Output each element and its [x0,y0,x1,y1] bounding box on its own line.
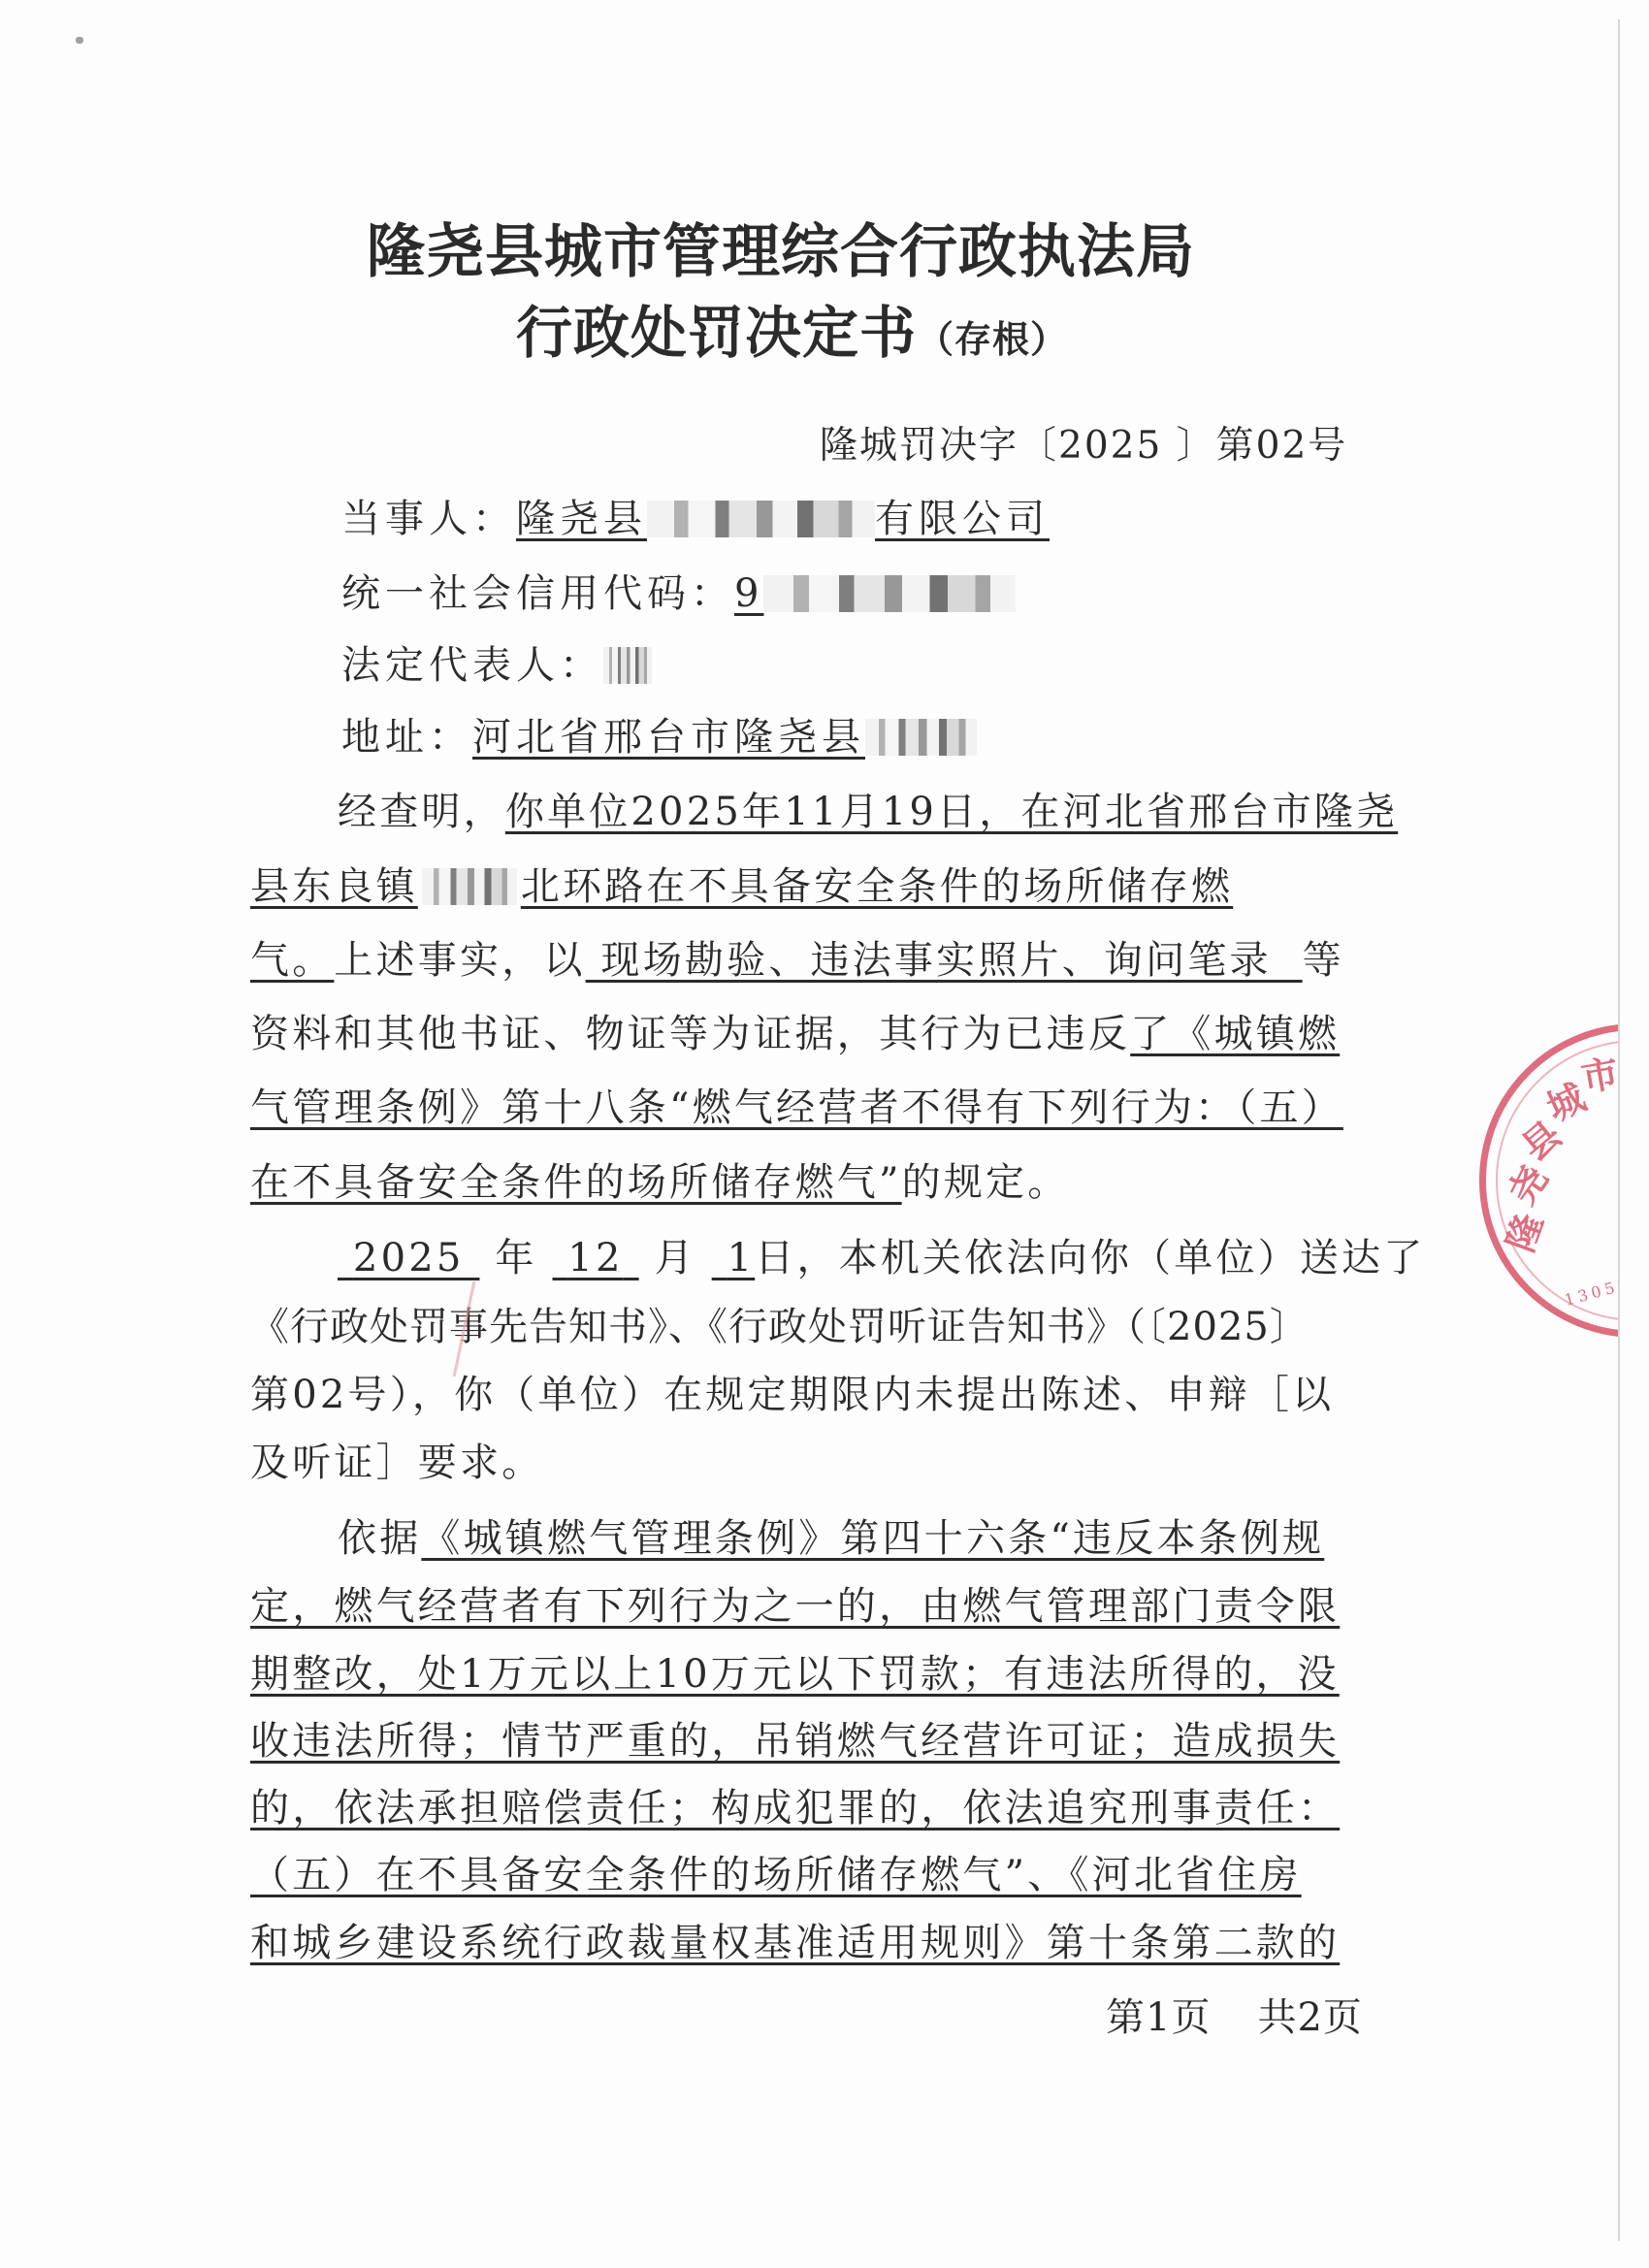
scan-speck [76,37,83,44]
underlined-text: 县东良镇 [250,864,418,909]
redacted-block [422,868,517,905]
document-number: 隆城罚决字〔2025 〕第02号 [820,415,1347,470]
page-number: 第1页共2页 [1106,1987,1363,2042]
text: 日，本机关依法向你（单位）送达了 [755,1236,1425,1280]
para3-line-6: （五）在不具备安全条件的场所储存燃气”、《河北省住房 [250,1844,1302,1899]
address-value: 河北省邢台市隆尧县 [472,715,977,760]
party-name-field: 当事人：隆尧县有限公司 [341,488,1050,543]
legal-rep-label: 法定代表人： [341,643,603,688]
para2-line-1: 2025 年 12 月 1日，本机关依法向你（单位）送达了 [338,1227,1425,1282]
notice-day: 1 [712,1236,756,1280]
underlined-text: 气管理条例》第十八条“燃气经营者不得有下列行为：（五） [250,1085,1343,1130]
underlined-text: 和城乡建设系统行政裁量权基准适用规则》第十条第二款的 [250,1921,1340,1965]
seal-inner-ring [1496,1040,1618,1321]
underlined-text: 气。 [250,938,334,983]
address-label: 地址： [341,715,472,760]
redacted-block [647,501,875,537]
address-field: 地址：河北省邢台市隆尧县 [341,706,977,761]
text: 等 [1303,938,1344,983]
para1-line-3: 气。上述事实，以 现场勘验、违法事实照片、询问笔录 等 [250,929,1344,985]
underlined-text: 的，依法承担赔偿责任；构成犯罪的，依法追究刑事责任： [250,1786,1340,1831]
document-title-main: 行政处罚决定书 [516,300,917,366]
credit-code-visible: 9 [734,571,763,616]
credit-code-label: 统一社会信用代码： [341,571,734,616]
seal-text: 尧 [1494,1152,1559,1214]
para3-line-3: 期整改，处1万元以上10万元以下罚款；有违法所得的，没 [250,1643,1340,1699]
text: 资料和其他书证、物证等为证据，其行为已违反 [250,1012,1130,1056]
page-total: 共2页 [1257,1995,1362,2040]
para3-line-1: 依据《城镇燃气管理条例》第四十六条“违反本条例规 [338,1507,1324,1563]
legal-rep-field: 法定代表人： [341,634,652,690]
para3-line-2: 定，燃气经营者有下列行为之一的，由燃气管理部门责令限 [250,1575,1340,1631]
underlined-text: 在不具备安全条件的场所储存燃气” [250,1160,902,1205]
page-current: 第1页 [1106,1995,1211,2040]
para3-line-5: 的，依法承担赔偿责任；构成犯罪的，依法追究刑事责任： [250,1777,1340,1832]
document-title-sub: （存根） [917,318,1068,361]
underlined-text: 现场勘验、违法事实照片、询问笔录 [586,938,1303,983]
underlined-text: 了《城镇燃 [1130,1012,1340,1056]
underlined-text: 定，燃气经营者有下列行为之一的，由燃气管理部门责令限 [250,1584,1340,1629]
para1-line-2: 县东良镇北环路在不具备安全条件的场所储存燃 [250,856,1233,911]
underlined-text: （五）在不具备安全条件的场所储存燃气”、《河北省住房 [250,1853,1302,1897]
party-name-value: 隆尧县有限公司 [516,497,1050,541]
agency-title: 隆尧县城市管理综合行政执法局 [367,206,1195,289]
underlined-text: 《城镇燃气管理条例》第四十六条“违反本条例规 [421,1516,1324,1561]
underlined-text: 收违法所得；情节严重的，吊销燃气经营许可证；造成损失 [250,1719,1340,1764]
underlined-text: 北环路在不具备安全条件的场所储存燃 [521,864,1233,909]
party-name-suffix: 有限公司 [875,497,1050,541]
redacted-block [603,647,652,684]
underlined-text: 你单位2025年11月19日，在河北省邢台市隆尧 [505,790,1398,834]
para2-line-2: 《行政处罚事先告知书》、《行政处罚听证告知书》（〔2025〕 [250,1296,1309,1351]
text: 经查明， [338,790,505,834]
text: 依据 [338,1516,421,1561]
text: 的规定。 [902,1160,1070,1205]
underlined-text: 期整改，处1万元以上10万元以下罚款；有违法所得的，没 [250,1652,1340,1697]
para1-line-6: 在不具备安全条件的场所储存燃气”的规定。 [250,1151,1069,1207]
para3-line-7: 和城乡建设系统行政裁量权基准适用规则》第十条第二款的 [250,1912,1340,1967]
redacted-block [763,575,1016,612]
credit-code-field: 统一社会信用代码：9 [341,563,1016,618]
para1-line-4: 资料和其他书证、物证等为证据，其行为已违反了《城镇燃 [250,1003,1340,1058]
page-edge [1618,19,1620,2241]
address-visible: 河北省邢台市隆尧县 [472,715,865,760]
document-title: 行政处罚决定书（存根） [516,287,1068,369]
notice-year: 2025 [338,1236,479,1280]
party-name-label: 当事人： [341,497,516,541]
redacted-block [865,719,977,756]
para2-line-3: 第02号），你（单位）在规定期限内未提出陈述、申辩［以 [250,1364,1334,1419]
para1-line-1: 经查明，你单位2025年11月19日，在河北省邢台市隆尧 [338,781,1398,836]
credit-code-value: 9 [734,571,1016,616]
seal-text: 城 [1536,1068,1593,1132]
seal-text: 市 [1577,1043,1618,1102]
text: 上述事实，以 [334,938,585,983]
official-seal: 隆 尧 县 城 市 管 理 ★ 13052 [1479,1023,1618,1338]
para1-line-5: 气管理条例》第十八条“燃气经营者不得有下列行为：（五） [250,1077,1343,1132]
seal-code: 13052 [1563,1274,1618,1310]
party-name-prefix: 隆尧县 [516,497,647,541]
para2-line-4: 及听证］要求。 [250,1432,543,1487]
seal-text: 隆 [1491,1205,1554,1258]
para3-line-4: 收违法所得；情节严重的，吊销燃气经营许可证；造成损失 [250,1710,1340,1766]
seal-text: 县 [1508,1106,1570,1171]
notice-month: 12 [552,1236,638,1280]
